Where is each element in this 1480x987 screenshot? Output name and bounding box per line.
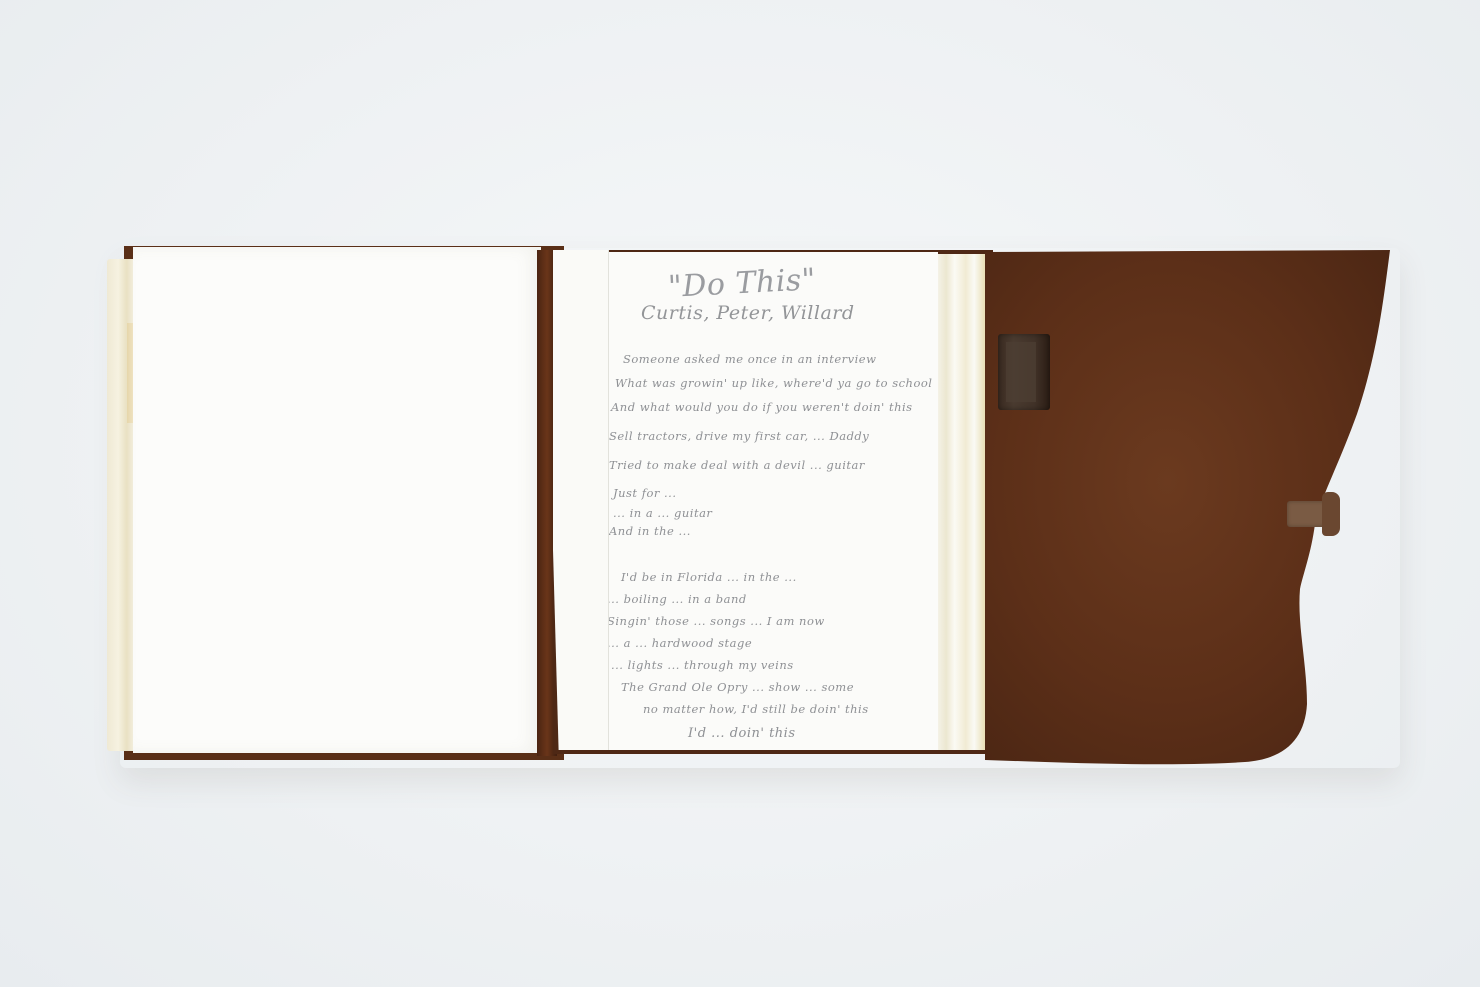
song-title: "Do This" [667, 262, 817, 305]
lyric-line: Just for ... [613, 486, 677, 500]
lyric-line: And in the ... [609, 524, 691, 538]
lyric-line: Someone asked me once in an interview [623, 352, 876, 366]
right-page-block: "Do This" Curtis, Peter, Willard Someone… [553, 248, 993, 756]
lyric-line: I'd be in Florida ... in the ... [621, 570, 797, 584]
leather-tie-strap [1287, 501, 1327, 527]
lyric-line: What was growin' up like, where'd ya go … [615, 376, 932, 390]
lyric-line: ... boiling ... in a band [607, 592, 747, 606]
lyric-line: ... a ... hardwood stage [607, 636, 752, 650]
song-credits: Curtis, Peter, Willard [641, 302, 855, 324]
folded-page-flap [553, 250, 609, 750]
photo-scene: "Do This" Curtis, Peter, Willard Someone… [0, 0, 1480, 987]
lyric-line: The Grand Ole Opry ... show ... some [621, 680, 854, 694]
lyric-line: Tried to make deal with a devil ... guit… [609, 458, 865, 472]
lyric-line: no matter how, I'd still be doin' this [643, 702, 869, 716]
lyrics-page: "Do This" Curtis, Peter, Willard Someone… [593, 252, 938, 750]
leather-tie-knot [1322, 492, 1340, 536]
right-page-edges [935, 254, 991, 750]
lyric-line: Singin' those ... songs ... I am now [607, 614, 825, 628]
lyric-line: ... lights ... through my veins [611, 658, 794, 672]
lyric-line: I'd ... doin' this [688, 726, 796, 741]
pen-loop [998, 334, 1050, 410]
lyric-line: And what would you do if you weren't doi… [611, 400, 913, 414]
left-page-block [107, 243, 545, 758]
lyric-line: Sell tractors, drive my first car, ... D… [609, 429, 869, 443]
left-page [133, 247, 541, 753]
lyric-line: ... in a ... guitar [613, 506, 712, 520]
